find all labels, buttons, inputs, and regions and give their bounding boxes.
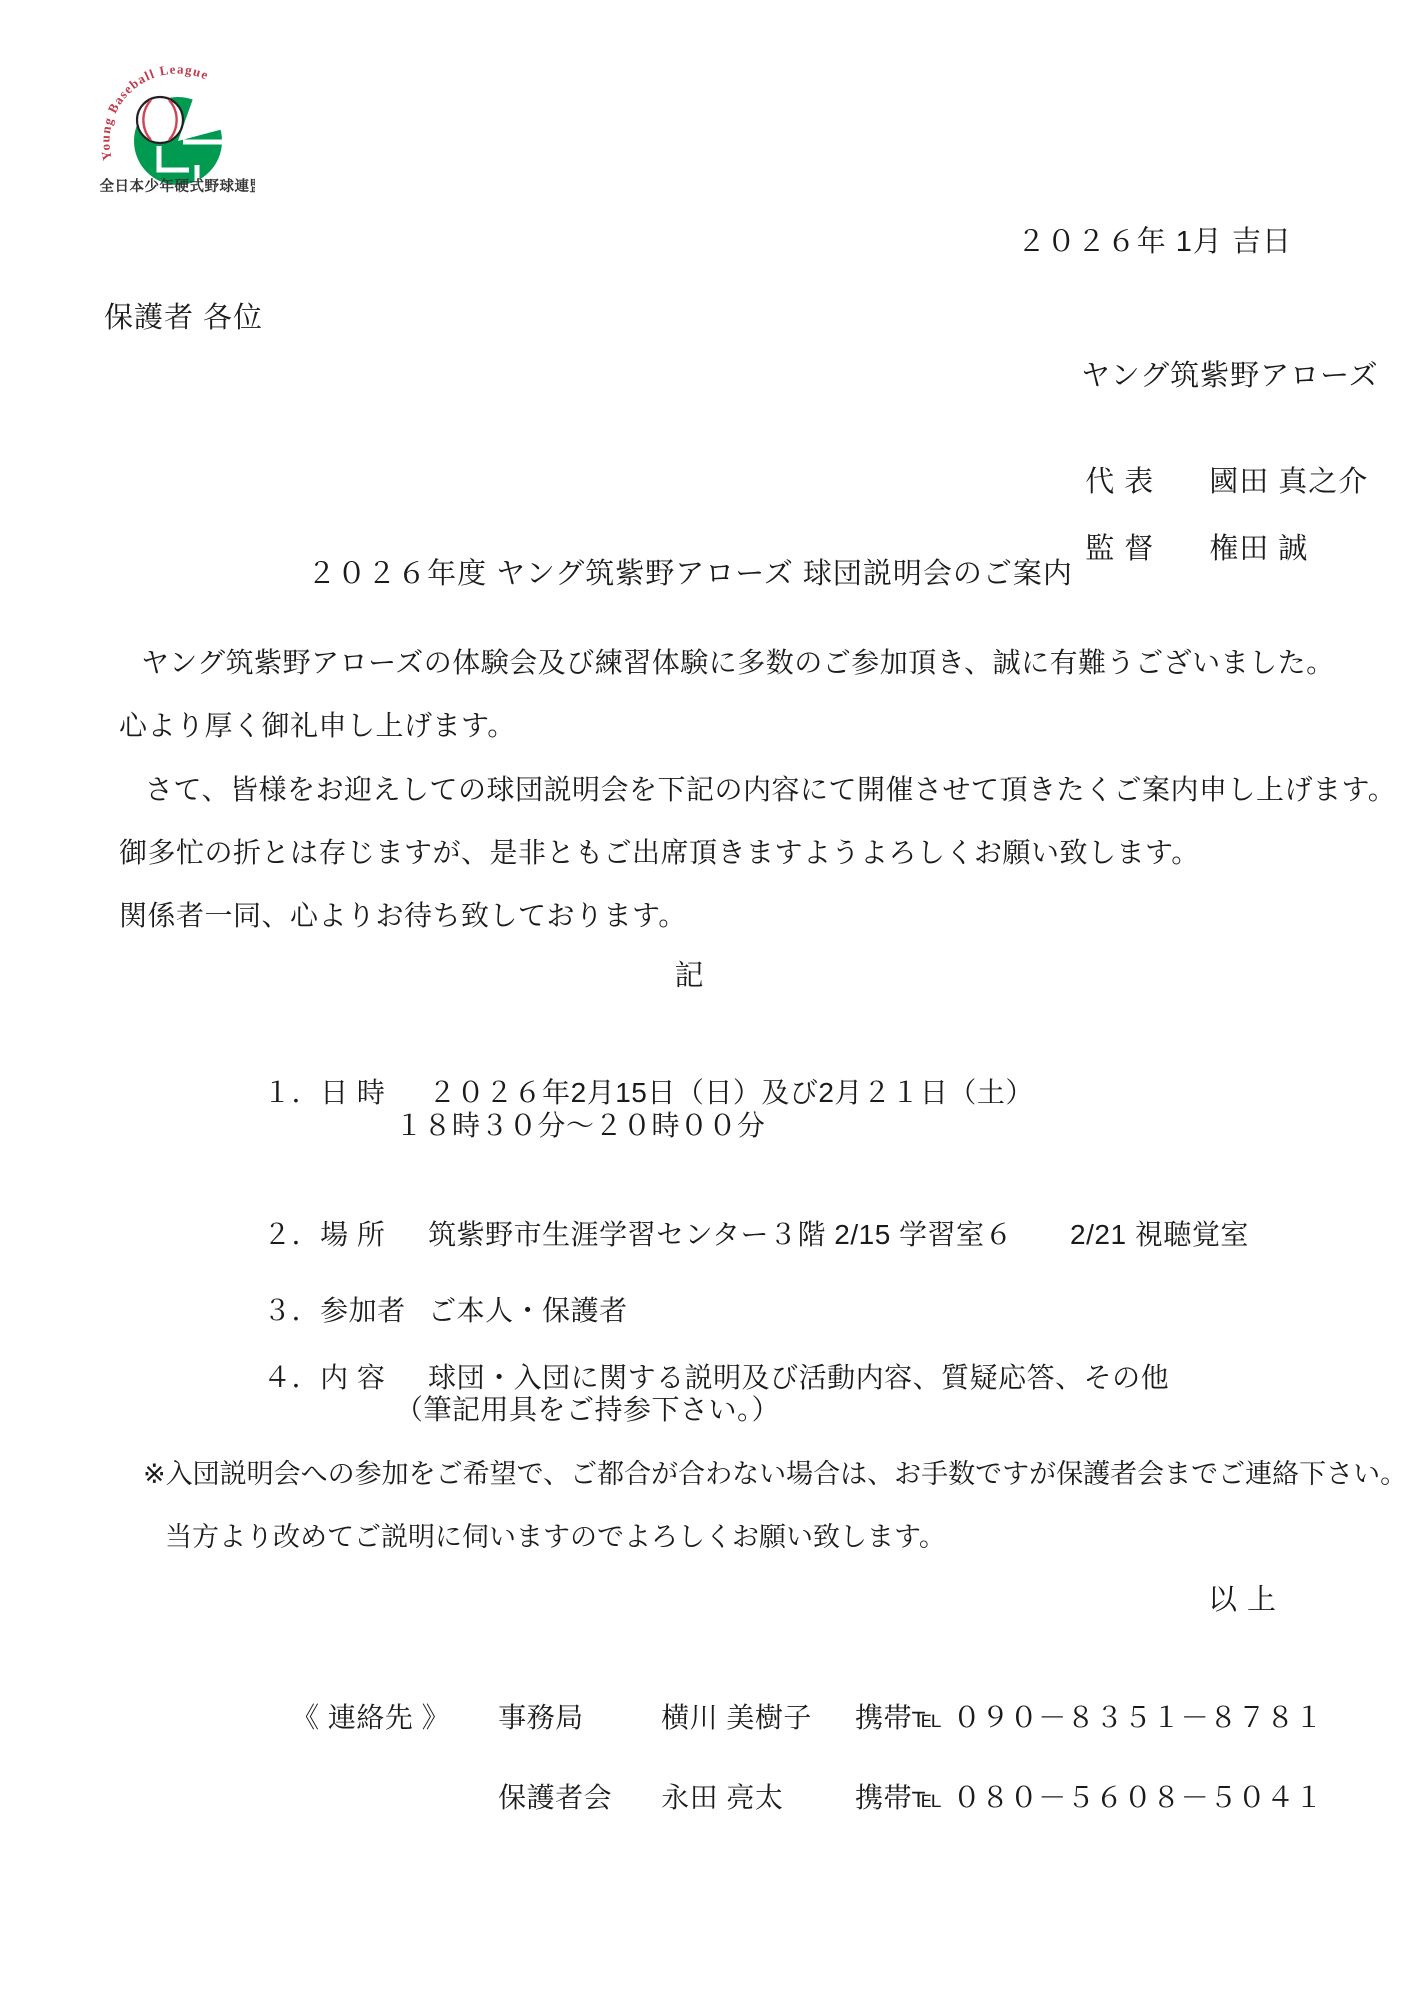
league-logo: Young Baseball League 全日本少年硬式野球連盟 [93,50,255,198]
item-contents-label: ４．内 容 [263,1360,428,1395]
team-name: ヤング筑紫野アローズ [1081,358,1379,394]
item-place-value: 筑紫野市生涯学習センター３階 2/15 学習室６ 2/21 視聴覚室 [428,1219,1249,1250]
supplies-note: （筆記用具をご持参下さい。） [395,1392,780,1427]
date-line: ２０２６年 1月 吉日 [1017,224,1292,260]
page-title: ２０２６年度 ヤング筑紫野アローズ 球団説明会のご案内 [0,556,1380,592]
contact-bracket: 《 連絡先 》 [291,1700,498,1735]
closing: 以 上 [1208,1582,1277,1618]
contact-role-parents: 保護者会 [498,1780,661,1815]
tel-number-office: ０９０－８３５１－８７８１ [953,1702,1324,1733]
tel-number-parents: ０８０－５６０８－５０４１ [953,1782,1324,1813]
item-datetime-time: １８時３０分～２０時００分 [395,1108,766,1143]
item-participants-label: ３．参加者 [263,1293,428,1328]
contact-name-parents: 永田 亮太 [661,1780,855,1815]
paragraph-awaiting: 関係者一同、心よりお待ち致しております。 [119,898,687,933]
remark-line-2: 当方より改めてご説明に伺いますのでよろしくお願い致します。 [165,1521,946,1555]
item-datetime-value: ２０２６年2月15日（日）及び2月２１日（土） [428,1077,1034,1108]
notice-heading: 記 [0,958,1380,994]
logo-org-name: 全日本少年硬式野球連盟 [100,177,256,195]
recipient: 保護者 各位 [104,300,263,336]
item-datetime-label: １．日 時 [263,1075,428,1110]
item-contents-value: 球団・入団に関する説明及び活動内容、質疑応答、その他 [428,1362,1169,1393]
item-place-label: ２．場 所 [263,1217,428,1252]
tel-label-office: 携帯℡ [855,1700,943,1735]
paragraph-invitation: さて、皆様をお迎えしての球団説明会を下記の内容にて開催させて頂きたくご案内申し上… [145,772,1396,807]
paragraph-thanks: ヤング筑紫野アローズの体験会及び練習体験に多数のご参加頂き、誠に有難うございまし… [141,645,1335,680]
remark-line-1: ※入団説明会への参加をご希望で、ご都合が合わない場合は、お手数ですが保護者会まで… [143,1458,1407,1492]
item-participants-value: ご本人・保護者 [428,1295,628,1326]
contact-role-office: 事務局 [498,1700,661,1735]
contact-row-parents: 保護者会永田 亮太携帯℡０８０－５６０８－５０４１ [258,1745,1323,1850]
representative-name: 國田 真之介 [1209,466,1368,498]
baseball-icon [137,97,183,143]
paragraph-request: 御多忙の折とは存じますが、是非ともご出席頂きますようよろしくお願い致します。 [119,835,1200,870]
tel-label-parents: 携帯℡ [855,1780,943,1815]
document-page: Young Baseball League 全日本少年硬式野球連盟 ２０２６年 … [0,0,1414,2000]
contact-name-office: 横川 美樹子 [661,1700,855,1735]
paragraph-gratitude: 心より厚く御礼申し上げます。 [119,708,516,743]
